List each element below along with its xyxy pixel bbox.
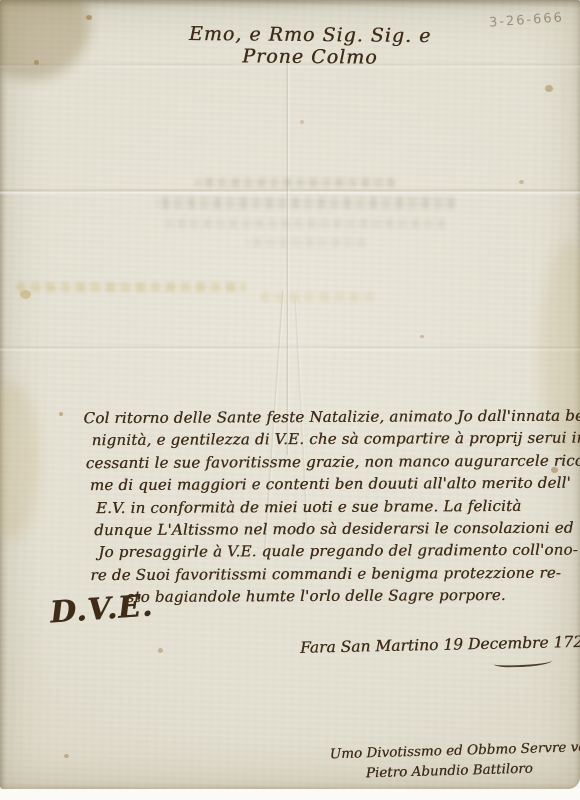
- catalog-number: 3-26-666: [489, 10, 565, 30]
- body-line: E.V. in conformità de miei uoti e sue br…: [60, 494, 554, 519]
- signature-block: Umo Divotissmo ed Obbmo Servre vero Piet…: [329, 738, 568, 785]
- salutation: Emo, e Rmo Sig. Sig. e Prone Colmo: [160, 23, 460, 70]
- paper-sheet: 3-26-666 Emo, e Rmo Sig. Sig. e Prone Co…: [0, 0, 580, 789]
- foxing-spot: [420, 335, 424, 338]
- body-line: Col ritorno delle Sante feste Natalizie,…: [59, 405, 553, 430]
- faded-script: [16, 282, 246, 292]
- body-line: re de Suoi favoritissmi commandi e benig…: [60, 562, 554, 587]
- fold-crease: [0, 345, 580, 352]
- body-line: cessanti le sue favoritissme grazie, non…: [60, 450, 554, 475]
- foxing-spot: [64, 754, 69, 758]
- body-line: Jo presaggirle à V.E. quale pregando del…: [60, 539, 554, 564]
- letter-body: Col ritorno delle Sante feste Natalizie,…: [59, 405, 554, 609]
- body-line: nignità, e gentilezza di V.E. che sà com…: [60, 427, 554, 452]
- foxing-spot: [86, 15, 92, 20]
- foxing-spot: [300, 120, 304, 124]
- paper-texture: [0, 0, 580, 789]
- faded-script: [260, 292, 380, 302]
- letter-scan: 3-26-666 Emo, e Rmo Sig. Sig. e Prone Co…: [0, 0, 580, 800]
- body-line: me di quei maggiori e contenti ben douut…: [60, 472, 554, 497]
- dateline: Fara San Martino 19 Decembre 1722: [300, 633, 570, 657]
- bleedthrough-text: [145, 168, 455, 257]
- foxing-spot: [158, 648, 163, 653]
- foxing-spot: [519, 180, 524, 184]
- body-line: dunque L'Altissmo nel modo sà desiderars…: [60, 517, 554, 542]
- margin-monogram: D.V.E.: [49, 588, 154, 630]
- foxing-spot: [545, 85, 553, 92]
- edge-stain: [0, 380, 40, 540]
- flourish-underline: [494, 657, 552, 668]
